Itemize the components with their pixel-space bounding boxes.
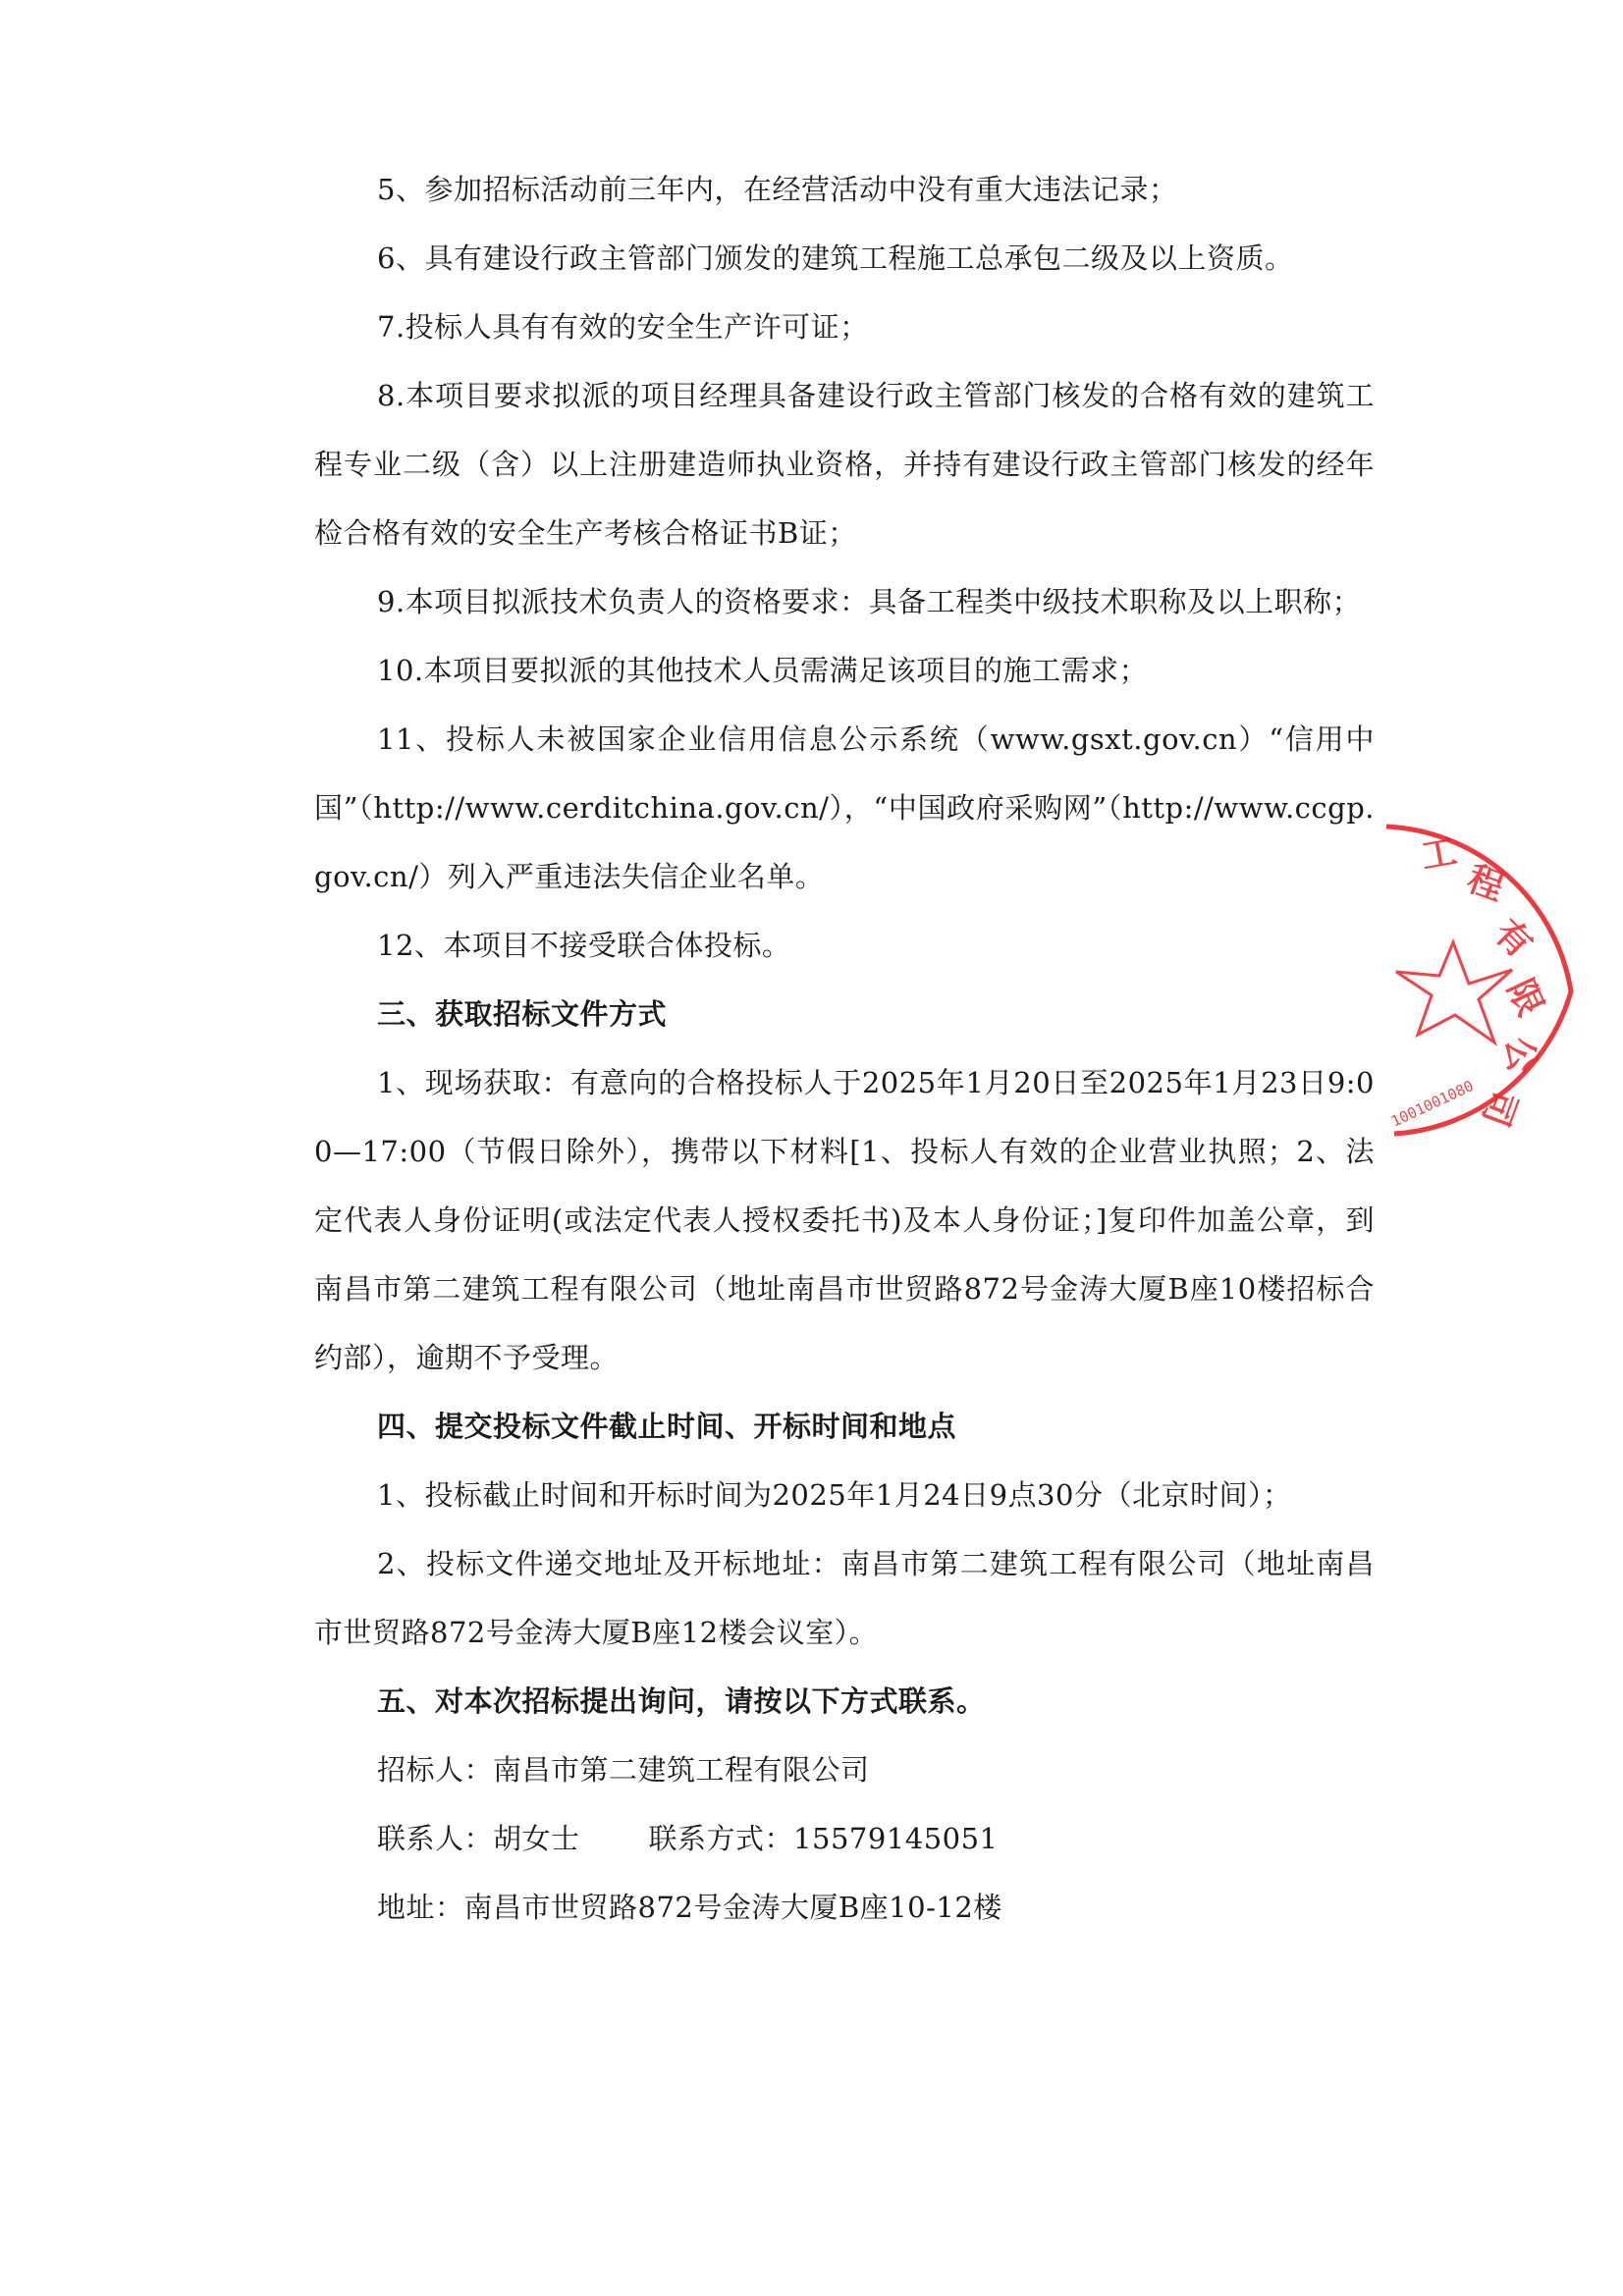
svg-text:工: 工 [1418, 830, 1460, 878]
svg-text:限: 限 [1499, 973, 1551, 1022]
address-row: 地址：南昌市世贸路872号金涛大厦B座10-12楼 [314, 1873, 1375, 1942]
section-4-item-2: 2、投标文件递交地址及开标地址：南昌市第二建筑工程有限公司（地址南昌市世贸路87… [314, 1529, 1375, 1667]
seal-icon: 工 程 有 限 公 司 1001001080 [1375, 815, 1623, 1148]
requirement-7: 7.投标人具有有效的安全生产许可证； [314, 293, 1375, 361]
phone-label: 联系方式： [649, 1822, 794, 1855]
section-3-heading: 三、获取招标文件方式 [314, 980, 1375, 1048]
requirement-8: 8.本项目要求拟派的项目经理具备建设行政主管部门核发的合格有效的建筑工程专业二级… [314, 361, 1375, 567]
phone-number: 15579145051 [793, 1822, 998, 1855]
requirement-6: 6、具有建设行政主管部门颁发的建筑工程施工总承包二级及以上资质。 [314, 224, 1375, 293]
svg-text:程: 程 [1462, 858, 1509, 909]
tenderer-name: 南昌市第二建筑工程有限公司 [493, 1753, 870, 1787]
tenderer-label: 招标人： [377, 1753, 493, 1787]
document-page: 5、参加招标活动前三年内，在经营活动中没有重大违法记录； 6、具有建设行政主管部… [0, 0, 1623, 2296]
svg-text:有: 有 [1487, 912, 1541, 966]
tenderer-row: 招标人：南昌市第二建筑工程有限公司 [314, 1735, 1375, 1804]
requirement-9: 9.本项目拟派技术负责人的资格要求：具备工程类中级技术职称及以上职称； [314, 567, 1375, 636]
contact-label: 联系人： [377, 1822, 493, 1855]
section-4-item-1: 1、投标截止时间和开标时间为2025年1月24日9点30分（北京时间）； [314, 1461, 1375, 1529]
company-seal-stamp: 工 程 有 限 公 司 1001001080 [1375, 815, 1623, 1148]
document-body: 5、参加招标活动前三年内，在经营活动中没有重大违法记录； 6、具有建设行政主管部… [314, 155, 1375, 1942]
address-label: 地址： [377, 1891, 464, 1924]
requirement-10: 10.本项目要拟派的其他技术人员需满足该项目的施工需求； [314, 636, 1375, 705]
requirement-5: 5、参加招标活动前三年内，在经营活动中没有重大违法记录； [314, 155, 1375, 224]
contact-row: 联系人：胡女士联系方式：15579145051 [314, 1804, 1375, 1873]
section-5-heading: 五、对本次招标提出询问，请按以下方式联系。 [314, 1667, 1375, 1735]
address-value: 南昌市世贸路872号金涛大厦B座10-12楼 [464, 1891, 1002, 1924]
svg-text:司: 司 [1474, 1085, 1525, 1132]
section-4-heading: 四、提交投标文件截止时间、开标时间和地点 [314, 1392, 1375, 1461]
contact-name: 胡女士 [493, 1822, 580, 1855]
requirement-12: 12、本项目不接受联合体投标。 [314, 911, 1375, 980]
svg-text:1001001080: 1001001080 [1388, 1077, 1476, 1130]
svg-text:公: 公 [1498, 1036, 1542, 1075]
section-3-item-1: 1、现场获取：有意向的合格投标人于2025年1月20日至2025年1月23日9:… [314, 1048, 1375, 1392]
requirement-11: 11、投标人未被国家企业信用信息公示系统（www.gsxt.gov.cn）“信用… [314, 705, 1375, 911]
